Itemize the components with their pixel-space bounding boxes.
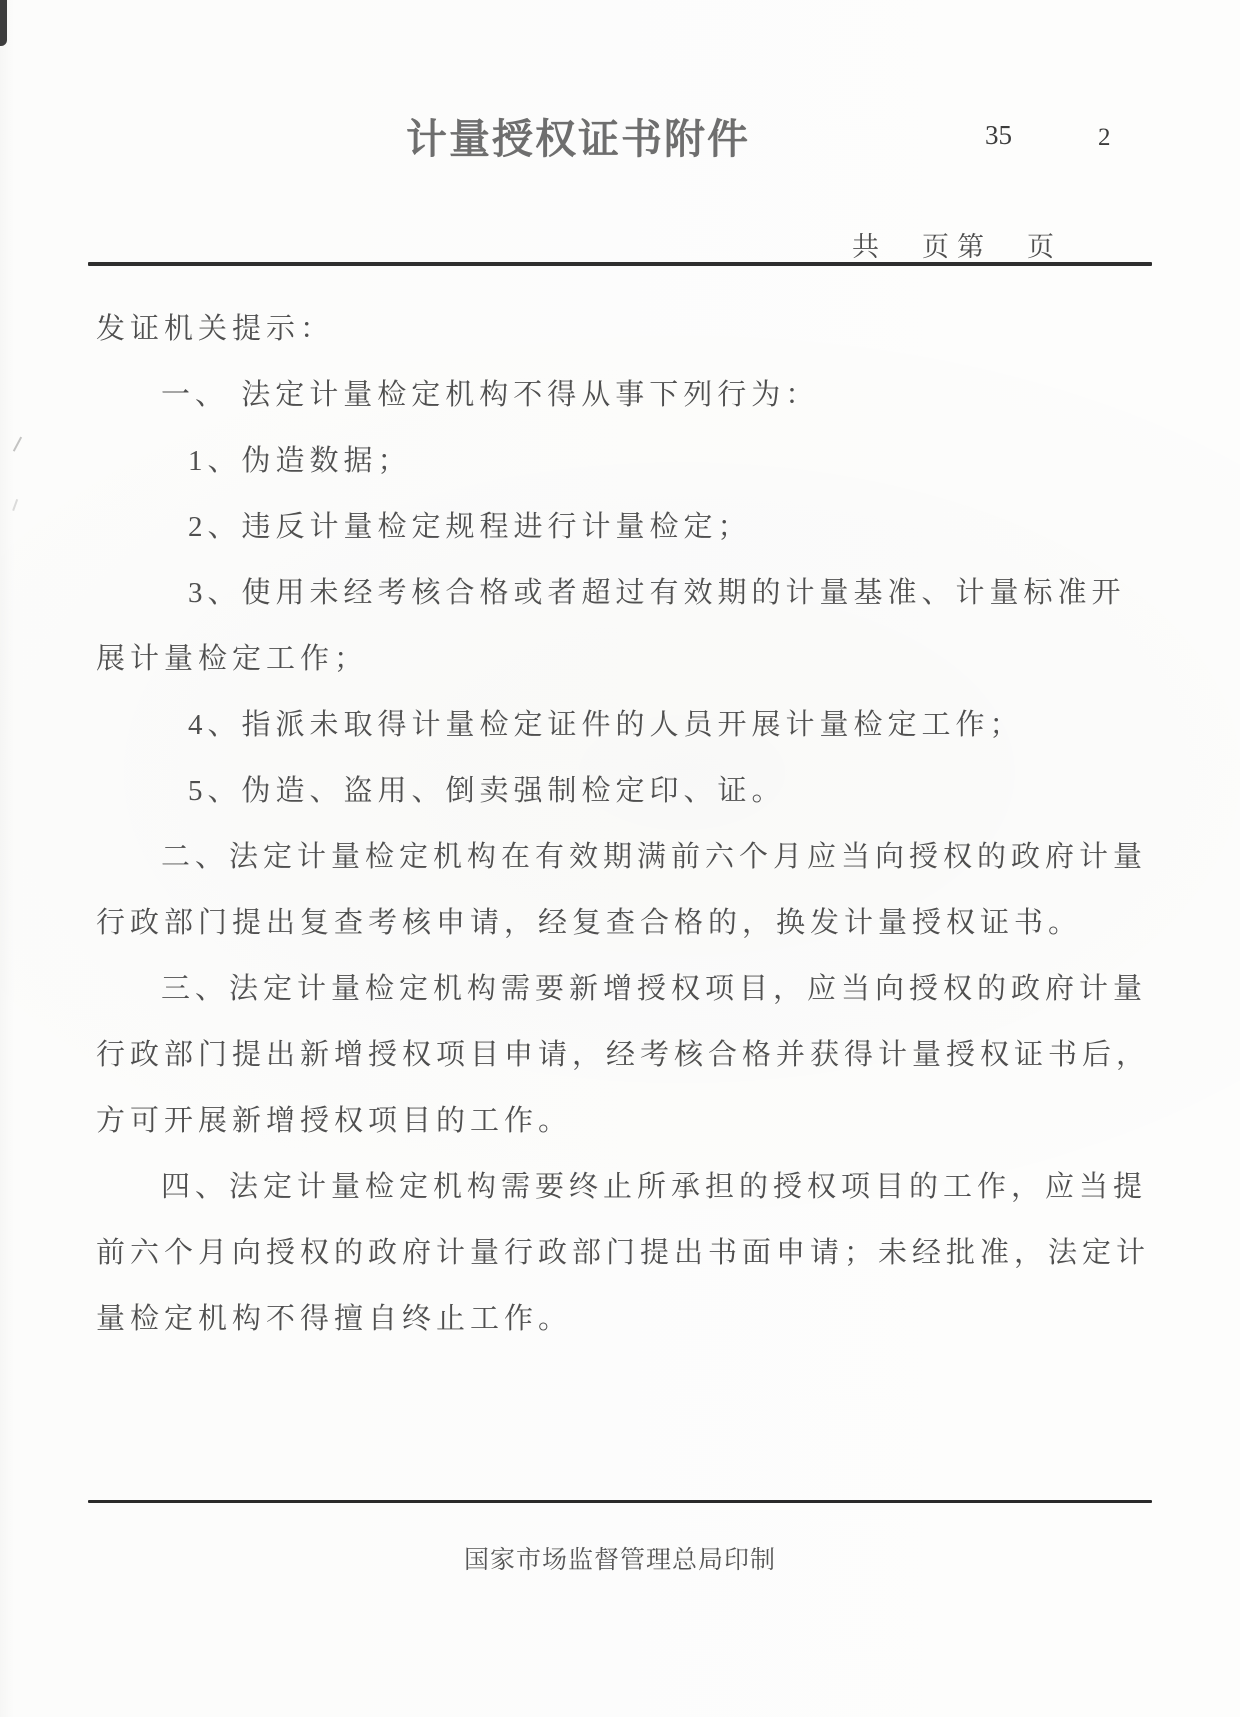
body-line: 前六个月向授权的政府计量行政部门提出书面申请；未经批准，法定计: [96, 1220, 1154, 1286]
footer-divider: [88, 1500, 1152, 1503]
body-line: 量检定机构不得擅自终止工作。: [96, 1286, 1154, 1352]
document-title: 计量授权证书附件: [406, 106, 750, 165]
body-line: 5、伪造、盗用、倒卖强制检定印、证。: [96, 758, 1154, 824]
document-body: 发证机关提示： 一、 法定计量检定机构不得从事下列行为： 1、伪造数据； 2、违…: [96, 296, 1154, 1352]
body-line: 2、违反计量检定规程进行计量检定；: [96, 494, 1154, 560]
document-page: 计量授权证书附件 35 2 共 页第 页 发证机关提示： 一、 法定计量检定机构…: [0, 0, 1240, 1717]
body-line: 三、法定计量检定机构需要新增授权项目，应当向授权的政府计量: [96, 956, 1154, 1022]
body-line: 一、 法定计量检定机构不得从事下列行为：: [96, 362, 1154, 428]
body-line: 四、法定计量检定机构需要终止所承担的授权项目的工作，应当提: [96, 1154, 1154, 1220]
body-line: 展计量检定工作；: [96, 626, 1154, 692]
scan-artifact-mark: [13, 437, 29, 456]
scan-artifact-corner: [0, 0, 7, 46]
body-line: 方可开展新增授权项目的工作。: [96, 1088, 1154, 1154]
page-number: 35: [985, 120, 1012, 151]
body-line: 发证机关提示：: [96, 296, 1154, 362]
header-divider: [88, 262, 1152, 266]
body-line: 行政部门提出复查考核申请，经复查合格的，换发计量授权证书。: [96, 890, 1154, 956]
corner-page-number: 2: [1098, 124, 1111, 152]
body-line: 4、指派未取得计量检定证件的人员开展计量检定工作；: [96, 692, 1154, 758]
issuing-authority-footer: 国家市场监督管理总局印制: [88, 1540, 1152, 1576]
scan-artifact-mark: [12, 499, 24, 513]
body-line: 1、伪造数据；: [96, 428, 1154, 494]
body-line: 行政部门提出新增授权项目申请，经考核合格并获得计量授权证书后，: [96, 1022, 1154, 1088]
body-line: 3、使用未经考核合格或者超过有效期的计量基准、计量标准开: [96, 560, 1154, 626]
pagination-line: 共 页第 页: [852, 225, 1062, 264]
body-line: 二、法定计量检定机构在有效期满前六个月应当向授权的政府计量: [96, 824, 1154, 890]
